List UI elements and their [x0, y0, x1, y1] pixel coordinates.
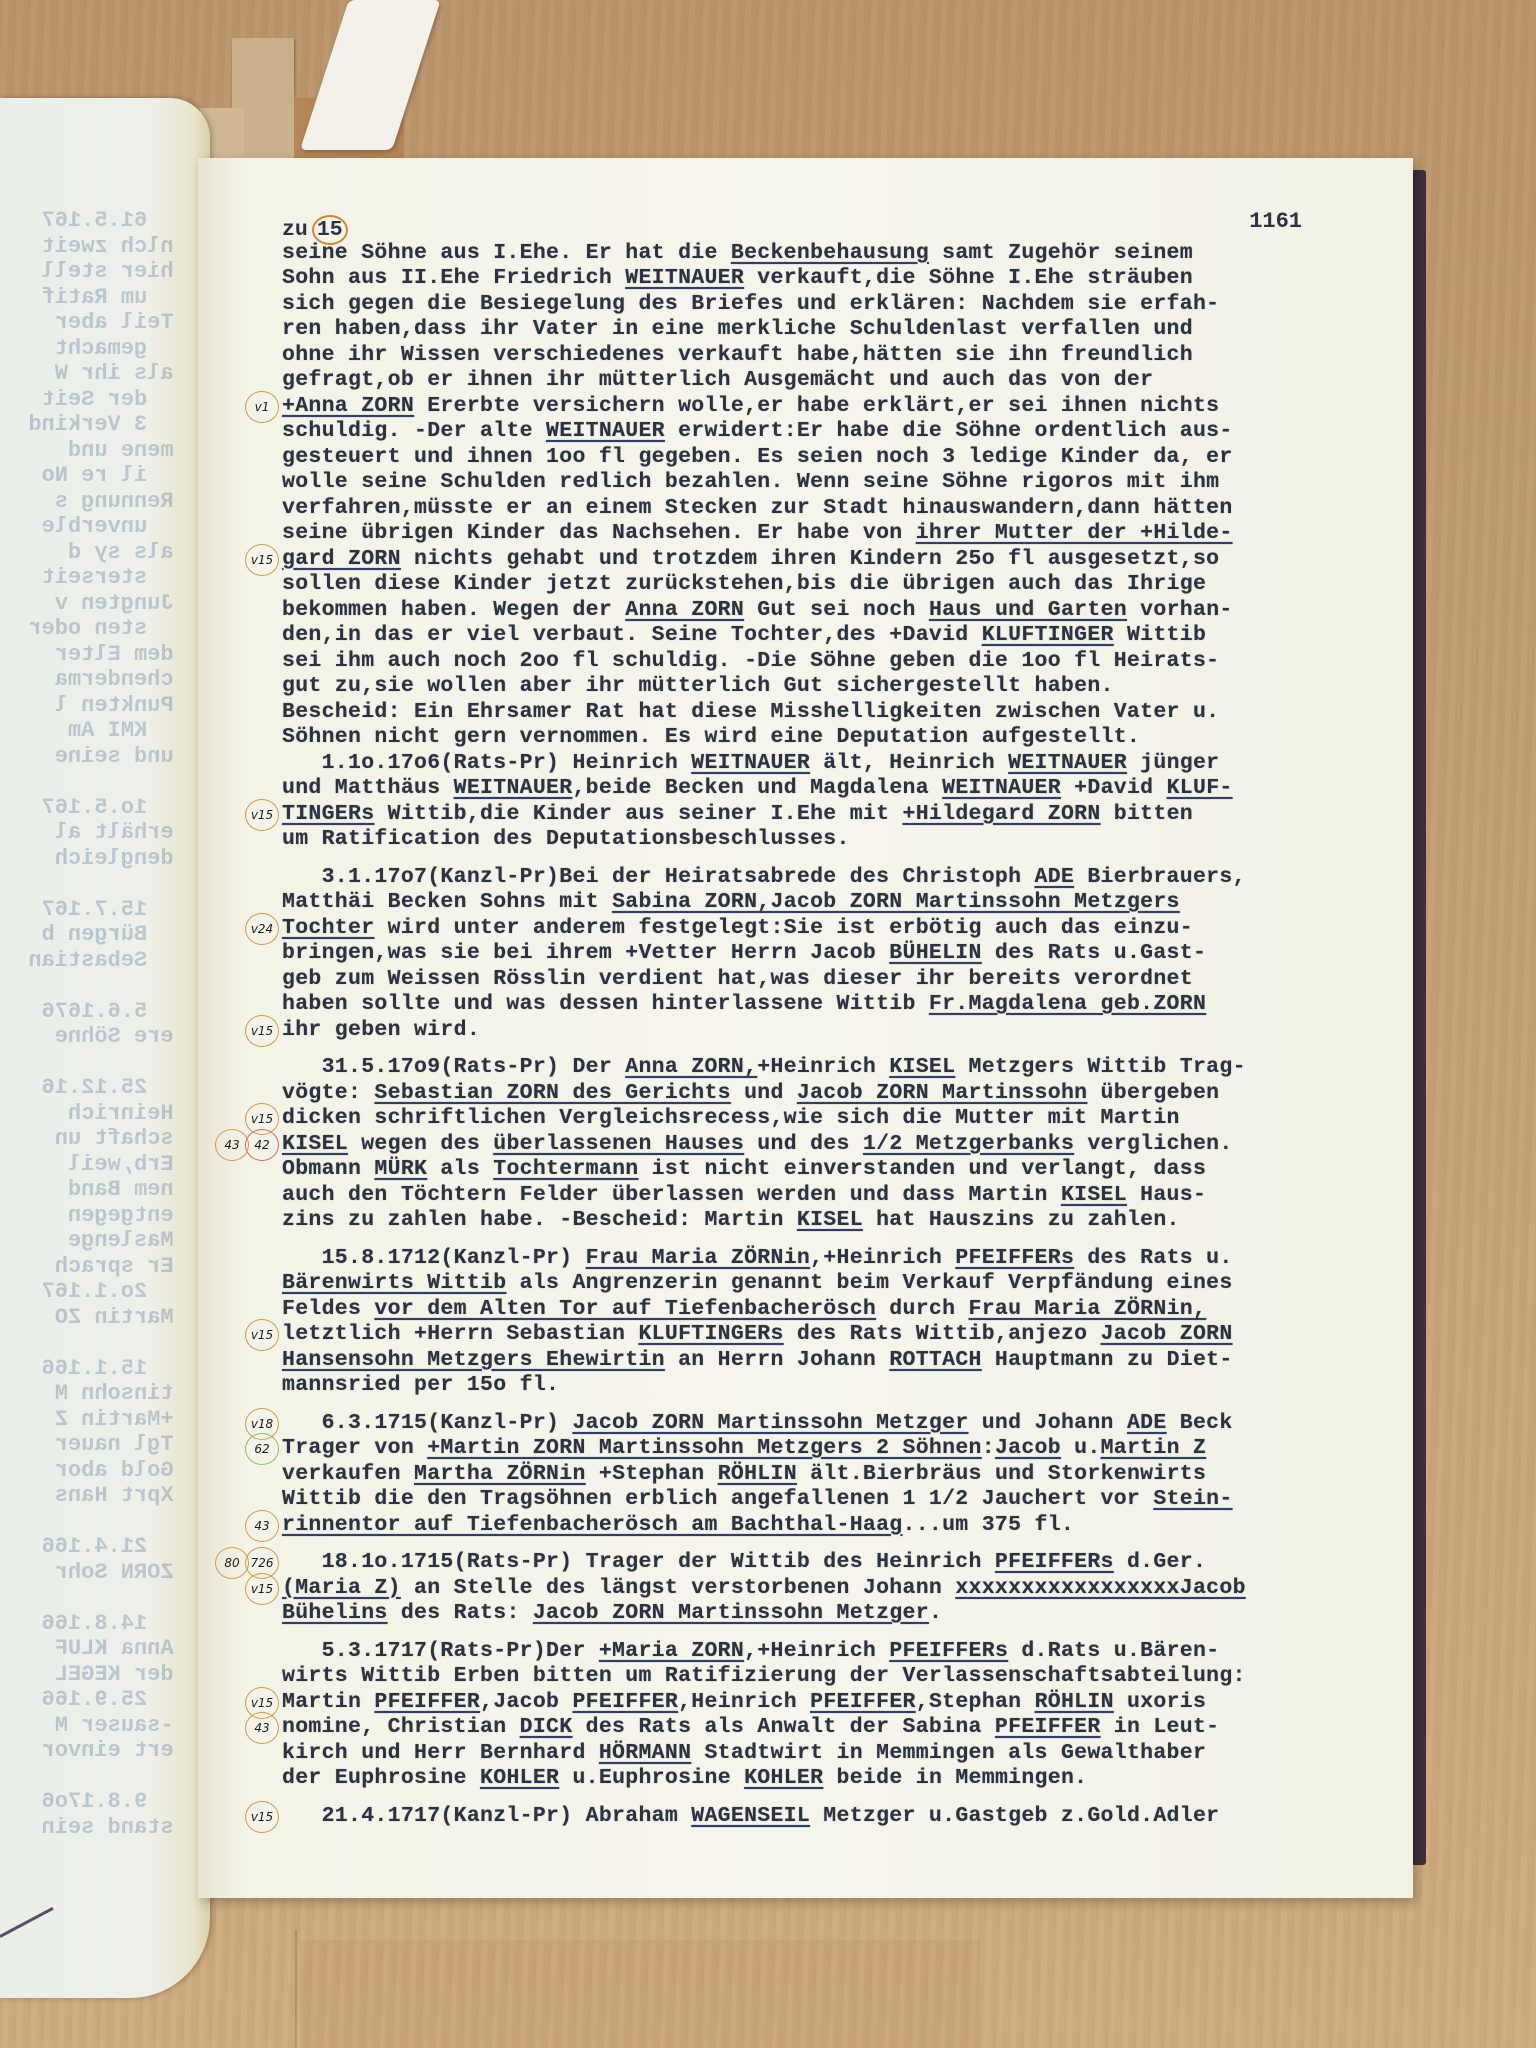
- text-line: Obmann MÜRK als Tochtermann ist nicht ei…: [282, 1157, 1402, 1183]
- text-line: Söhnen nicht gern vernommen. Es wird ein…: [282, 725, 1402, 751]
- underlined-name: (Maria Z): [282, 1576, 401, 1600]
- underlined-name: Anna ZORN,: [625, 1055, 757, 1079]
- underlined-name: BÜHELIN: [889, 941, 981, 965]
- underlined-name: PFEIFFER: [995, 1715, 1101, 1739]
- text-line: TINGERs Wittib,die Kinder aus seiner I.E…: [282, 802, 1402, 828]
- text-line: ohne ihr Wissen verschiedenes verkauft h…: [282, 343, 1402, 369]
- underlined-name: KLUF-: [1167, 776, 1233, 800]
- page-number: 1161: [1249, 209, 1302, 234]
- underlined-name: PFEIFFER: [572, 1690, 678, 1714]
- text-line: verfahren,müsste er an einem Stecken zur…: [282, 496, 1402, 522]
- underlined-name: Jacob: [995, 1436, 1061, 1460]
- underlined-name: Beckenbehausung: [731, 241, 929, 265]
- underlined-name: ROTTACH: [889, 1348, 981, 1372]
- underlined-name: Bühelins: [282, 1601, 388, 1625]
- text-line: Bärenwirts Wittib als Angrenzerin genann…: [282, 1271, 1402, 1297]
- left-page-verso: 61.5.167 nlch zweit hier stell um Ratif …: [0, 98, 210, 1998]
- margin-annotation-circle: 43: [245, 1712, 279, 1744]
- text-line: auch den Töchtern Felder überlassen werd…: [282, 1183, 1402, 1209]
- underlined-name: RÖHLIN: [718, 1462, 797, 1486]
- margin-annotation-circle: 43: [215, 1129, 249, 1161]
- margin-annotation-circle: 80: [215, 1547, 249, 1579]
- underlined-name: HÖRMANN: [599, 1741, 691, 1765]
- underlined-name: KLUFTINGER: [982, 623, 1114, 647]
- underlined-name: Jacob ZORN: [1101, 1322, 1233, 1346]
- text-line: geb zum Weissen Rösslin verdient hat,was…: [282, 967, 1402, 993]
- underlined-name: KISEL: [797, 1208, 863, 1232]
- text-line: 15.8.1712(Kanzl-Pr) Frau Maria ZÖRNin,+H…: [282, 1246, 1402, 1272]
- text-line: zins zu zahlen habe. -Bescheid: Martin K…: [282, 1208, 1402, 1234]
- text-line: Trager von +Martin ZORN Martinssohn Metz…: [282, 1436, 1402, 1462]
- underlined-name: DICK: [520, 1715, 573, 1739]
- text-line: ihr geben wird.: [282, 1018, 1402, 1044]
- text-line: 31.5.17o9(Rats-Pr) Der Anna ZORN,+Heinri…: [282, 1055, 1402, 1081]
- underlined-name: +Hildegard ZORN: [903, 802, 1101, 826]
- text-line: (Maria Z) an Stelle des längst verstorbe…: [282, 1576, 1402, 1602]
- reference-prefix: zu: [282, 218, 308, 242]
- underlined-name: PFEIFFERs: [955, 1246, 1074, 1270]
- paragraph-gap: [282, 1399, 1402, 1411]
- underlined-name: PFEIFFERs: [995, 1550, 1114, 1574]
- text-line: seine Söhne aus I.Ehe. Er hat die Becken…: [282, 241, 1402, 267]
- text-line: 3.1.17o7(Kanzl-Pr)Bei der Heiratsabrede …: [282, 865, 1402, 891]
- text-line: 6.3.1715(Kanzl-Pr) Jacob ZORN Martinssoh…: [282, 1411, 1402, 1437]
- underlined-name: KISEL: [1061, 1183, 1127, 1207]
- underlined-name: ADE: [1035, 865, 1075, 889]
- text-line: Bescheid: Ein Ehrsamer Rat hat diese Mis…: [282, 700, 1402, 726]
- text-line: 1.1o.17o6(Rats-Pr) Heinrich WEITNAUER äl…: [282, 751, 1402, 777]
- text-line: 18.1o.1715(Rats-Pr) Trager der Wittib de…: [282, 1550, 1402, 1576]
- text-line: wolle seine Schulden redlich bezahlen. W…: [282, 470, 1402, 496]
- underlined-name: Jacob ZORN Martinssohn: [797, 1081, 1087, 1105]
- margin-annotation-circle: 62: [245, 1433, 279, 1465]
- underlined-name: RÖHLIN: [1035, 1690, 1114, 1714]
- underlined-name: Hansensohn Metzgers Ehewirtin: [282, 1348, 665, 1372]
- underlined-name: überlassenen Hauses: [493, 1132, 744, 1156]
- underlined-name: +Anna ZORN: [282, 394, 414, 418]
- text-line: sei ihm auch noch 2oo fl schuldig. -Die …: [282, 649, 1402, 675]
- underlined-name: ADE: [1127, 1411, 1167, 1435]
- underlined-name: WEITNAUER: [546, 419, 665, 443]
- text-line: den,in das er viel verbaut. Seine Tochte…: [282, 623, 1402, 649]
- text-line: um Ratification des Deputationsbeschluss…: [282, 827, 1402, 853]
- text-line: und Matthäus WEITNAUER,beide Becken und …: [282, 776, 1402, 802]
- underlined-name: Jacob ZORN Martinssohn Metzger: [533, 1601, 929, 1625]
- text-line: rinnentor auf Tiefenbacherösch am Bachth…: [282, 1513, 1402, 1539]
- underlined-name: rinnentor auf Tiefenbacherösch am Bachth…: [282, 1513, 903, 1537]
- text-line: gut zu,sie wollen aber ihr mütterlich Gu…: [282, 674, 1402, 700]
- underlined-name: Tochtermann: [493, 1157, 638, 1181]
- text-line: der Euphrosine KOHLER u.Euphrosine KOHLE…: [282, 1766, 1402, 1792]
- paragraph-gap: [282, 1627, 1402, 1639]
- underlined-name: Fr.Magdalena geb.ZORN: [929, 992, 1206, 1016]
- underlined-name: Anna ZORN: [625, 598, 744, 622]
- text-line: seine übrigen Kinder das Nachsehen. Er h…: [282, 521, 1402, 547]
- paragraph-gap: [282, 1234, 1402, 1246]
- text-line: bringen,was sie bei ihrem +Vetter Herrn …: [282, 941, 1402, 967]
- underlined-name: PFEIFFERs: [889, 1639, 1008, 1663]
- underlined-name: WEITNAUER: [454, 776, 573, 800]
- underlined-name: KLUFTINGERs: [638, 1322, 783, 1346]
- underlined-name: Jacob ZORN Martinssohn Metzger: [572, 1411, 968, 1435]
- paragraph-gap: [282, 1538, 1402, 1550]
- underlined-name: gard ZORN: [282, 547, 401, 571]
- text-line: dicken schriftlichen Vergleichsrecess,wi…: [282, 1106, 1402, 1132]
- text-line: 21.4.1717(Kanzl-Pr) Abraham WAGENSEIL Me…: [282, 1804, 1402, 1830]
- underlined-name: WEITNAUER: [691, 751, 810, 775]
- margin-annotation-circle: v1: [245, 391, 279, 423]
- table-seam: [295, 1930, 297, 2048]
- underlined-name: Martin Z: [1101, 1436, 1207, 1460]
- underlined-name: WEITNAUER: [942, 776, 1061, 800]
- text-line: +Anna ZORN Ererbte versichern wolle,er h…: [282, 394, 1402, 420]
- underlined-name: TINGERs: [282, 802, 374, 826]
- text-line: mannsried per 15o fl.: [282, 1373, 1402, 1399]
- paragraph-gap: [282, 1792, 1402, 1804]
- margin-annotation-circle: v15: [245, 799, 279, 831]
- underlined-name: MÜRK: [374, 1157, 427, 1181]
- text-line: Wittib die den Tragsöhnen erblich angefa…: [282, 1487, 1402, 1513]
- show-through-text: 61.5.167 nlch zweit hier stell um Ratif …: [0, 208, 200, 1840]
- margin-annotation-circle: v15: [245, 1573, 279, 1605]
- margin-annotation-circle: v24: [245, 913, 279, 945]
- underlined-name: Frau Maria ZÖRNin,: [969, 1297, 1207, 1321]
- table-plank: [300, 1940, 980, 2048]
- underlined-name: Bärenwirts Wittib: [282, 1271, 506, 1295]
- underlined-name: PFEIFFER: [374, 1690, 480, 1714]
- underlined-name: ihrer Mutter der +Hilde-: [916, 521, 1233, 545]
- underlined-name: WEITNAUER: [625, 266, 744, 290]
- page-header: zu15 1161: [282, 215, 1402, 241]
- text-line: Bühelins des Rats: Jacob ZORN Martinssoh…: [282, 1601, 1402, 1627]
- text-line: Martin PFEIFFER,Jacob PFEIFFER,Heinrich …: [282, 1690, 1402, 1716]
- text-line: kirch und Herr Bernhard HÖRMANN Stadtwir…: [282, 1741, 1402, 1767]
- underlined-name: KISEL: [889, 1055, 955, 1079]
- text-line: 5.3.1717(Rats-Pr)Der +Maria ZORN,+Heinri…: [282, 1639, 1402, 1665]
- text-line: gesteuert und ihnen 1oo fl gegeben. Es s…: [282, 445, 1402, 471]
- underlined-name: +Martin ZORN Martinssohn Metzgers 2 Söhn…: [427, 1436, 982, 1460]
- text-line: Matthäi Becken Sohns mit Sabina ZORN,Jac…: [282, 890, 1402, 916]
- underlined-name: KOHLER: [480, 1766, 559, 1790]
- text-line: letztlich +Herrn Sebastian KLUFTINGERs d…: [282, 1322, 1402, 1348]
- text-line: bekommen haben. Wegen der Anna ZORN Gut …: [282, 598, 1402, 624]
- text-line: Sohn aus II.Ehe Friedrich WEITNAUER verk…: [282, 266, 1402, 292]
- underlined-name: Martha ZÖRNin: [414, 1462, 586, 1486]
- underlined-name: KISEL: [282, 1132, 348, 1156]
- margin-annotation-circle: 42: [245, 1129, 279, 1161]
- underlined-name: Haus und Garten: [929, 598, 1127, 622]
- text-line: gefragt,ob er ihnen ihr mütterlich Ausge…: [282, 368, 1402, 394]
- typewritten-document: zu15 1161 seine Söhne aus I.Ehe. Er hat …: [282, 215, 1402, 1829]
- margin-annotation-circle: v15: [245, 1801, 279, 1833]
- text-line: vögte: Sebastian ZORN des Gerichts und J…: [282, 1081, 1402, 1107]
- margin-annotation-circle: v15: [245, 1015, 279, 1047]
- margin-annotation-circle: 43: [245, 1510, 279, 1542]
- margin-annotation-circle: v15: [245, 1319, 279, 1351]
- book-cover-edge: [1413, 170, 1426, 1865]
- text-line: nomine, Christian DICK des Rats als Anwa…: [282, 1715, 1402, 1741]
- text-line: ren haben,dass ihr Vater in eine merklic…: [282, 317, 1402, 343]
- underlined-name: xxxxxxxxxxxxxxxxxJacob: [955, 1576, 1245, 1600]
- text-line: Tochter wird unter anderem festgelegt:Si…: [282, 916, 1402, 942]
- underlined-name: Tochter: [282, 916, 374, 940]
- text-line: sollen diese Kinder jetzt zurückstehen,b…: [282, 572, 1402, 598]
- text-line: haben sollte und was dessen hinterlassen…: [282, 992, 1402, 1018]
- underlined-name: Sebastian ZORN des Gerichts: [374, 1081, 730, 1105]
- underlined-name: Frau Maria ZÖRNin: [586, 1246, 810, 1270]
- paragraph-gap: [282, 853, 1402, 865]
- underlined-name: vor dem Alten Tor auf Tiefenbacherösch: [374, 1297, 876, 1321]
- underlined-name: KOHLER: [744, 1766, 823, 1790]
- text-line: Hansensohn Metzgers Ehewirtin an Herrn J…: [282, 1348, 1402, 1374]
- underlined-name: Sabina ZORN,Jacob ZORN Martinssohn Metzg…: [612, 890, 1180, 914]
- text-line: wirts Wittib Erben bitten um Ratifizieru…: [282, 1664, 1402, 1690]
- underlined-name: WAGENSEIL: [691, 1804, 810, 1828]
- text-line: verkaufen Martha ZÖRNin +Stephan RÖHLIN …: [282, 1462, 1402, 1488]
- underlined-name: +Maria ZORN: [599, 1639, 744, 1663]
- text-line: sich gegen die Besiegelung des Briefes u…: [282, 292, 1402, 318]
- text-line: KISEL wegen des überlassenen Hauses und …: [282, 1132, 1402, 1158]
- underlined-name: Stein-: [1153, 1487, 1232, 1511]
- underlined-name: 1/2 Metzgerbanks: [863, 1132, 1074, 1156]
- reference-number: 15: [312, 215, 348, 245]
- text-line: Feldes vor dem Alten Tor auf Tiefenbache…: [282, 1297, 1402, 1323]
- underlined-name: PFEIFFER: [810, 1690, 916, 1714]
- document-body: seine Söhne aus I.Ehe. Er hat die Becken…: [282, 241, 1402, 1830]
- reference-label: zu15: [282, 215, 348, 245]
- underlined-name: WEITNAUER: [1008, 751, 1127, 775]
- text-line: schuldig. -Der alte WEITNAUER erwidert:E…: [282, 419, 1402, 445]
- paragraph-gap: [282, 1043, 1402, 1055]
- text-line: gard ZORN nichts gehabt und trotzdem ihr…: [282, 547, 1402, 573]
- margin-annotation-circle: v15: [245, 544, 279, 576]
